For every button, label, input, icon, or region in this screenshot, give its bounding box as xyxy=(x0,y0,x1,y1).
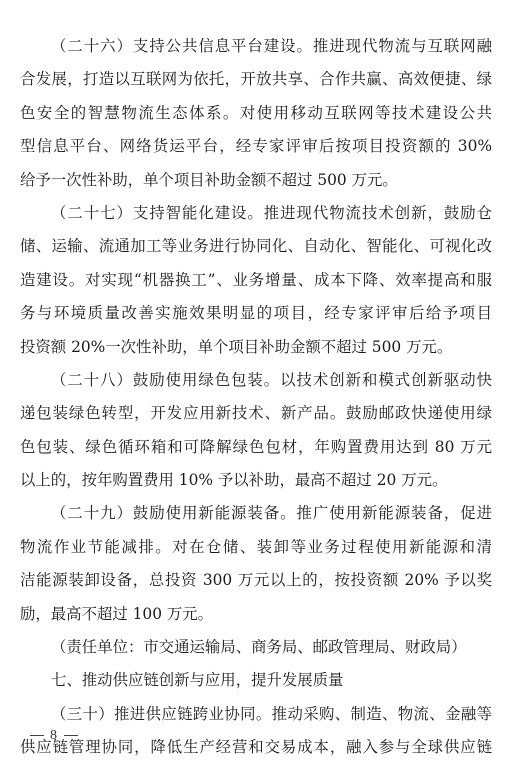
responsible-units: （责任单位：市交通运输局、商务局、邮政管理局、财政局） xyxy=(20,631,492,664)
paragraph-30-line-2: 供应链管理协同，降低生产经营和交易成本，融入参与全球供应链 xyxy=(20,731,492,764)
paragraph-27-line-2: 储、运输、流通加工等业务进行协同化、自动化、智能化、可视化改 xyxy=(20,230,492,263)
paragraph-26-line-4: 型信息平台、网络货运平台，经专家评审后按项目投资额的 30% xyxy=(20,130,492,163)
paragraph-26-line-5: 给予一次性补助，单个项目补助金额不超过 500 万元。 xyxy=(20,164,492,197)
paragraph-28-line-4: 以上的，按年购置费用 10% 予以补助，最高不超过 20 万元。 xyxy=(20,464,492,497)
paragraph-29-line-4: 励，最高不超过 100 万元。 xyxy=(20,598,492,631)
section-7-heading: 七、推动供应链创新与应用，提升发展质量 xyxy=(20,664,492,697)
paragraph-29-line-3: 洁能源装卸设备，总投资 300 万元以上的，按投资额 20% 予以奖 xyxy=(20,564,492,597)
paragraph-28-line-1: （二十八）鼓励使用绿色包装。以技术创新和模式创新驱动快 xyxy=(20,364,492,397)
paragraph-27-line-4: 务与环境质量改善实施效果明显的项目，经专家评审后给予项目 xyxy=(20,297,492,330)
paragraph-26-line-2: 合发展，打造以互联网为依托，开放共享、合作共赢、高效便捷、绿 xyxy=(20,63,492,96)
paragraph-30-line-1: （三十）推进供应链跨业协同。推动采购、制造、物流、金融等 xyxy=(20,698,492,731)
paragraph-26-line-3: 色安全的智慧物流生态体系。对使用移动互联网等技术建设公共 xyxy=(20,97,492,130)
paragraph-27-line-3: 造建设。对实现“机器换工”、业务增量、成本下降、效率提高和服 xyxy=(20,264,492,297)
document-body: （二十六）支持公共信息平台建设。推进现代物流与互联网融 合发展，打造以互联网为依… xyxy=(20,30,492,765)
paragraph-29-line-2: 物流作业节能减排。对在仓储、装卸等业务过程使用新能源和清 xyxy=(20,531,492,564)
paragraph-27-line-1: （二十七）支持智能化建设。推进现代物流技术创新，鼓励仓 xyxy=(20,197,492,230)
page-number-value: 8 xyxy=(50,728,58,743)
paragraph-29-line-1: （二十九）鼓励使用新能源装备。推广使用新能源装备，促进 xyxy=(20,497,492,530)
paragraph-27-line-5: 投资额 20%一次性补助，单个项目补助金额不超过 500 万元。 xyxy=(20,331,492,364)
paragraph-28-line-2: 递包装绿色转型，开发应用新技术、新产品。鼓励邮政快递使用绿 xyxy=(20,397,492,430)
paragraph-26-line-1: （二十六）支持公共信息平台建设。推进现代物流与互联网融 xyxy=(20,30,492,63)
paragraph-28-line-3: 色包装、绿色循环箱和可降解绿色包材，年购置费用达到 80 万元 xyxy=(20,431,492,464)
dash-left xyxy=(30,735,44,736)
dash-right xyxy=(64,735,78,736)
page-number: 8 xyxy=(24,728,84,744)
